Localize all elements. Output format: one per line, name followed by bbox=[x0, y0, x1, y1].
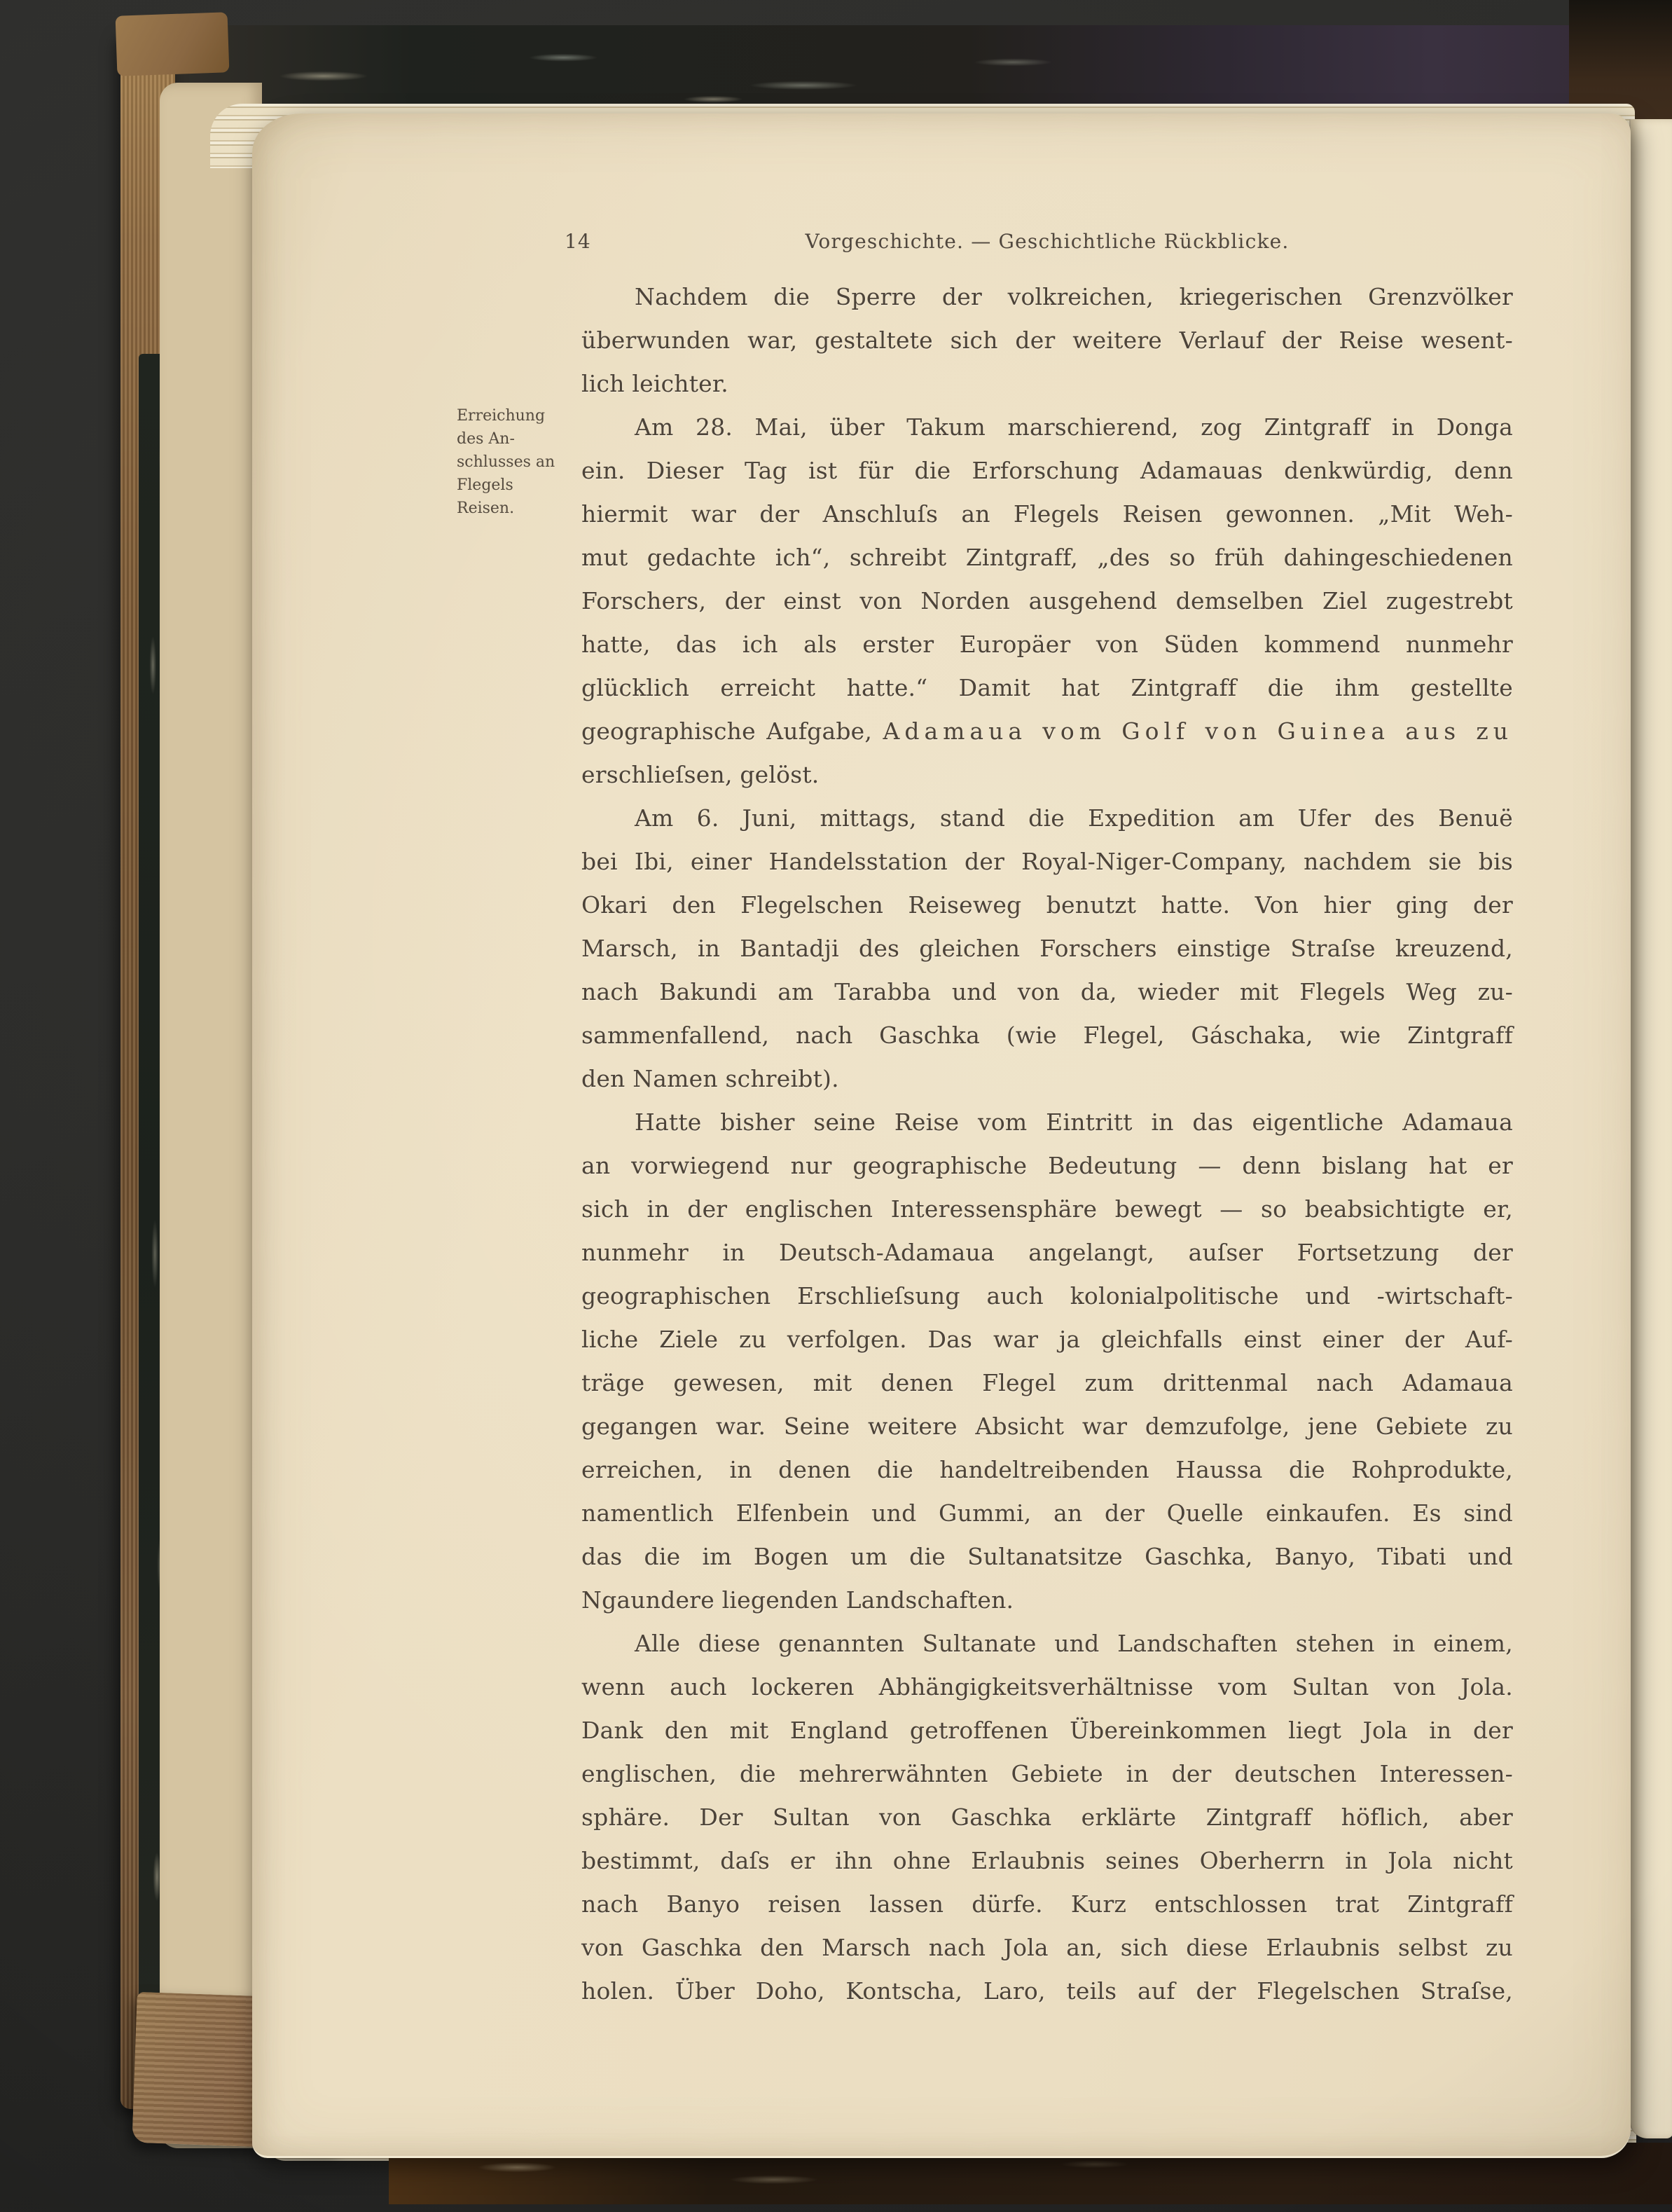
paragraph: Am 6. Juni, mittags, stand die Expeditio… bbox=[581, 797, 1513, 1101]
text-line: sphäre. Der Sultan von Gaschka erklärte … bbox=[581, 1796, 1513, 1839]
text-line: träge gewesen, mit denen Flegel zum drit… bbox=[581, 1361, 1513, 1405]
text-line: erschlieſsen, gelöst. bbox=[581, 753, 1513, 797]
paragraph: Hatte bisher seine Reise vom Eintritt in… bbox=[581, 1101, 1513, 1622]
text-line: Nachdem die Sperre der volkreichen, krie… bbox=[581, 275, 1513, 319]
margin-note-line: schlusses an bbox=[457, 451, 583, 474]
margin-note-line: Erreichung bbox=[457, 404, 583, 427]
text-line: nach Bakundi am Tarabba und von da, wied… bbox=[581, 970, 1513, 1014]
running-header-row: 14 Vorgeschichte. — Geschichtliche Rückb… bbox=[581, 230, 1513, 261]
page-number: 14 bbox=[565, 230, 591, 253]
text-line: Am 28. Mai, über Takum marschierend, zog… bbox=[581, 406, 1513, 449]
text-line: geographischen Erschlieſsung auch koloni… bbox=[581, 1275, 1513, 1318]
text-line: an vorwiegend nur geographische Bedeutun… bbox=[581, 1144, 1513, 1188]
book-page: 14 Vorgeschichte. — Geschichtliche Rückb… bbox=[252, 114, 1631, 2158]
text-line: hiermit war der Anschluſs an Flegels Rei… bbox=[581, 493, 1513, 536]
margin-note-line: Flegels bbox=[457, 474, 583, 497]
facing-page-edge bbox=[1629, 119, 1672, 2138]
text-line: lich leichter. bbox=[581, 362, 1513, 406]
text-line: ein. Dieser Tag ist für die Erforschung … bbox=[581, 449, 1513, 493]
text-line: hatte, das ich als erster Europäer von S… bbox=[581, 623, 1513, 666]
running-header: Vorgeschichte. — Geschichtliche Rückblic… bbox=[581, 230, 1513, 253]
text-line: namentlich Elfenbein und Gummi, an der Q… bbox=[581, 1492, 1513, 1535]
paragraph: Nachdem die Sperre der volkreichen, krie… bbox=[581, 275, 1513, 406]
text-line: mut gedachte ich“, schreibt Zintgraff, „… bbox=[581, 536, 1513, 579]
text-line: Ngaundere liegenden Landschaften. bbox=[581, 1579, 1513, 1622]
text-line: erreichen, in denen die handeltreibenden… bbox=[581, 1448, 1513, 1492]
paragraph: Am 28. Mai, über Takum marschierend, zog… bbox=[581, 406, 1513, 797]
margin-note: Erreichungdes An-schlusses anFlegelsReis… bbox=[457, 404, 583, 520]
text-line: Hatte bisher seine Reise vom Eintritt in… bbox=[581, 1101, 1513, 1144]
emphasized-text: Adamaua vom Golf von Guinea aus zu bbox=[883, 717, 1514, 745]
text-line: sich in der englischen Interessensphäre … bbox=[581, 1188, 1513, 1231]
text-line: nunmehr in Deutsch-Adamaua angelangt, au… bbox=[581, 1231, 1513, 1275]
book-scan-scene: 14 Vorgeschichte. — Geschichtliche Rückb… bbox=[0, 0, 1672, 2212]
text-line: von Gaschka den Marsch nach Jola an, sic… bbox=[581, 1926, 1513, 1970]
text-segment: geographische Aufgabe, bbox=[581, 717, 883, 745]
text-line: bei Ibi, einer Handelsstation der Royal-… bbox=[581, 840, 1513, 884]
text-line: holen. Über Doho, Kontscha, Laro, teils … bbox=[581, 1970, 1513, 2013]
paragraph: Alle diese genannten Sultanate und Lands… bbox=[581, 1622, 1513, 2013]
text-line: den Namen schreibt). bbox=[581, 1057, 1513, 1101]
text-line: Dank den mit England getroffenen Überein… bbox=[581, 1709, 1513, 1752]
margin-note-line: Reisen. bbox=[457, 497, 583, 520]
text-line: bestimmt, daſs er ihn ohne Erlaubnis sei… bbox=[581, 1839, 1513, 1883]
text-line: überwunden war, gestaltete sich der weit… bbox=[581, 319, 1513, 362]
text-line: Marsch, in Bantadji des gleichen Forsche… bbox=[581, 927, 1513, 970]
text-line: wenn auch lockeren Abhängigkeitsverhältn… bbox=[581, 1665, 1513, 1709]
page-stack-edges-left bbox=[160, 83, 262, 2148]
text-line: Alle diese genannten Sultanate und Lands… bbox=[581, 1622, 1513, 1665]
text-line: Forschers, der einst von Norden ausgehen… bbox=[581, 579, 1513, 623]
text-line: glücklich erreicht hatte.“ Damit hat Zin… bbox=[581, 666, 1513, 710]
text-line: nach Banyo reisen lassen dürfe. Kurz ent… bbox=[581, 1883, 1513, 1926]
text-line: Am 6. Juni, mittags, stand die Expeditio… bbox=[581, 797, 1513, 840]
text-line: sammenfallend, nach Gaschka (wie Flegel,… bbox=[581, 1014, 1513, 1057]
text-line: Okari den Flegelschen Reiseweg benutzt h… bbox=[581, 884, 1513, 927]
text-line: geographische Aufgabe, Adamaua vom Golf … bbox=[581, 710, 1513, 753]
margin-note-line: des An- bbox=[457, 427, 583, 451]
cloth-corner-top-left bbox=[116, 12, 230, 76]
text-line: das die im Bogen um die Sultanatsitze Ga… bbox=[581, 1535, 1513, 1579]
text-line: englischen, die mehrerwähnten Gebiete in… bbox=[581, 1752, 1513, 1796]
page-body-text: Nachdem die Sperre der volkreichen, krie… bbox=[581, 275, 1513, 2013]
text-line: liche Ziele zu verfolgen. Das war ja gle… bbox=[581, 1318, 1513, 1361]
text-line: gegangen war. Seine weitere Absicht war … bbox=[581, 1405, 1513, 1448]
